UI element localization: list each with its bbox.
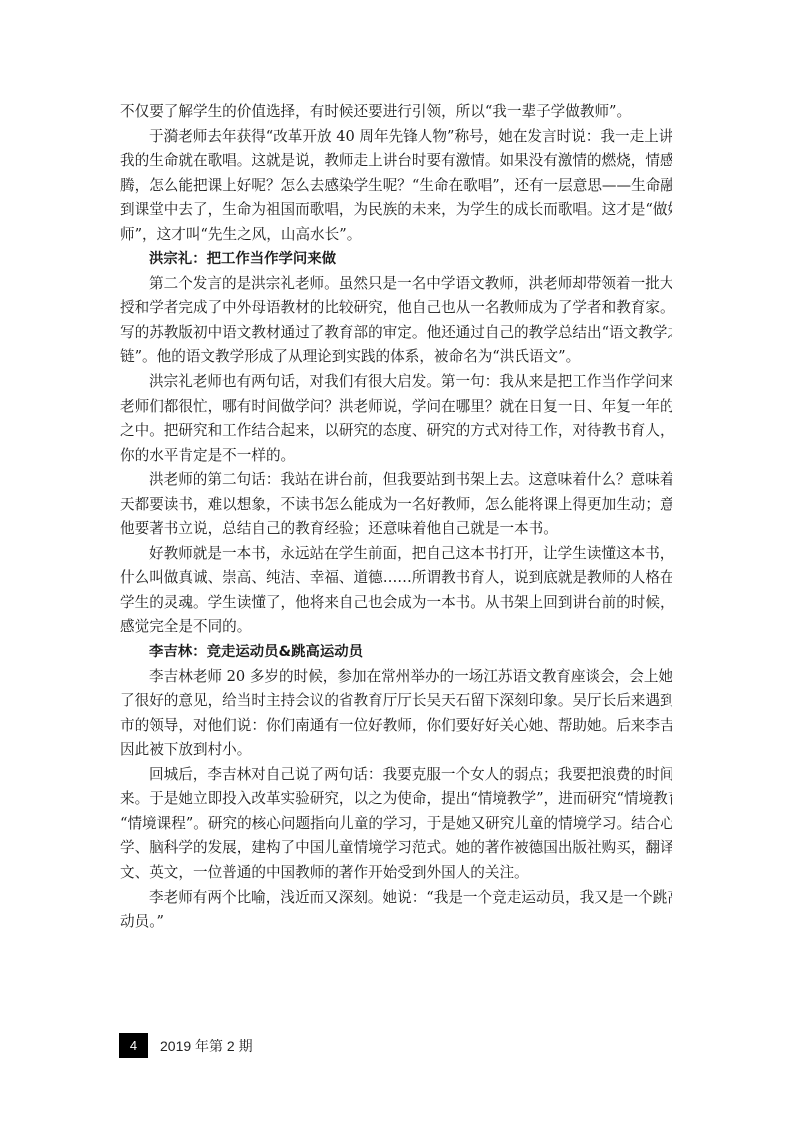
paragraph-line: 什么叫做真诚、崇高、纯洁、幸福、道德……所谓教书育人，说到底就是教师的人格在塑造: [120, 566, 672, 591]
paragraph-line: 了很好的意见，给当时主持会议的省教育厅厅长吴天石留下深刻印象。吴厅长后来遇到南通: [120, 689, 672, 714]
paragraph-line: 之中。把研究和工作结合起来，以研究的态度、研究的方式对待工作，对待教书育人，那么: [120, 419, 672, 444]
issue-label: 2019 年第 2 期: [160, 1036, 253, 1056]
paragraph-line: 洪宗礼老师也有两句话，对我们有很大启发。第一句：我从来是把工作当作学问来做的。: [120, 370, 672, 395]
paragraph-line: 文、英文，一位普通的中国教师的著作开始受到外国人的关注。: [120, 861, 672, 886]
page-number: 4: [119, 1033, 148, 1058]
paragraph-line: 到课堂中去了，生命为祖国而歌唱，为民族的未来，为学生的成长而歌唱。这才是“做好教: [120, 198, 672, 223]
paragraph-line: 老师们都很忙，哪有时间做学问？洪老师说，学问在哪里？就在日复一日、年复一年的工作: [120, 395, 672, 420]
paragraph-line: 第二个发言的是洪宗礼老师。虽然只是一名中学语文教师，洪老师却带领着一批大学教: [120, 272, 672, 297]
section-heading: 李吉林：竞走运动员&跳高运动员: [120, 640, 672, 665]
paragraph-line: 学生的灵魂。学生读懂了，他将来自己也会成为一本书。从书架上回到讲台前的时候，他的: [120, 591, 672, 616]
paragraph-line: 师”，这才叫“先生之风，山高水长”。: [120, 223, 672, 248]
paragraph-line: 天都要读书，难以想象，不读书怎么能成为一名好教师，怎么能将课上得更加生动；意味着: [120, 493, 672, 518]
paragraph-line: 写的苏教版初中语文教材通过了教育部的审定。他还通过自己的教学总结出“语文教学之: [120, 321, 672, 346]
page-footer: 4 2019 年第 2 期: [119, 1033, 253, 1058]
paragraph-line: 他要著书立说，总结自己的教育经验；还意味着他自己就是一本书。: [120, 517, 672, 542]
paragraph-line: 回城后，李吉林对自己说了两句话：我要克服一个女人的弱点；我要把浪费的时间夺回: [120, 763, 672, 788]
paragraph-line: “情境课程”。研究的核心问题指向儿童的学习，于是她又研究儿童的情境学习。结合心理: [120, 812, 672, 837]
paragraph-line: 授和学者完成了中外母语教材的比较研究，他自己也从一名教师成为了学者和教育家。他编: [120, 296, 672, 321]
article-body: 不仅要了解学生的价值选择，有时候还要进行引领，所以“我一辈子学做教师”。 于漪老…: [120, 100, 672, 935]
paragraph-line: 因此被下放到村小。: [120, 738, 672, 763]
paragraph-line: 市的领导，对他们说：你们南通有一位好教师，你们要好好关心她、帮助她。后来李吉林却: [120, 714, 672, 739]
paragraph-line: 好教师就是一本书，永远站在学生前面，把自己这本书打开，让学生读懂这本书，读懂: [120, 542, 672, 567]
document-page: 不仅要了解学生的价值选择，有时候还要进行引领，所以“我一辈子学做教师”。 于漪老…: [0, 0, 793, 1122]
paragraph-line: 来。于是她立即投入改革实验研究，以之为使命，提出“情境教学”，进而研究“情境教育…: [120, 787, 672, 812]
paragraph-line: 不仅要了解学生的价值选择，有时候还要进行引领，所以“我一辈子学做教师”。: [120, 100, 672, 125]
paragraph-line: 你的水平肯定是不一样的。: [120, 444, 672, 469]
paragraph-line: 李老师有两个比喻，浅近而又深刻。她说：“我是一个竞走运动员，我又是一个跳高运: [120, 886, 672, 911]
paragraph-line: 学、脑科学的发展，建构了中国儿童情境学习范式。她的著作被德国出版社购买，翻译成德: [120, 836, 672, 861]
paragraph-line: 动员。”: [120, 910, 672, 935]
section-heading: 洪宗礼：把工作当作学问来做: [120, 247, 672, 272]
paragraph-line: 感觉完全是不同的。: [120, 615, 672, 640]
paragraph-line: 于漪老师去年获得“改革开放 40 周年先锋人物”称号，她在发言时说：我一走上讲台…: [120, 125, 672, 150]
paragraph-line: 链”。他的语文教学形成了从理论到实践的体系，被命名为“洪氏语文”。: [120, 345, 672, 370]
paragraph-line: 腾，怎么能把课上好呢？怎么去感染学生呢？“生命在歌唱”，还有一层意思——生命融入: [120, 174, 672, 199]
paragraph-line: 李吉林老师 20 多岁的时候，参加在常州举办的一场江苏语文教育座谈会，会上她发表: [120, 665, 672, 690]
paragraph-line: 洪老师的第二句话：我站在讲台前，但我要站到书架上去。这意味着什么？意味着他每: [120, 468, 672, 493]
paragraph-line: 我的生命就在歌唱。这就是说，教师走上讲台时要有激情。如果没有激情的燃烧，情感的沸: [120, 149, 672, 174]
